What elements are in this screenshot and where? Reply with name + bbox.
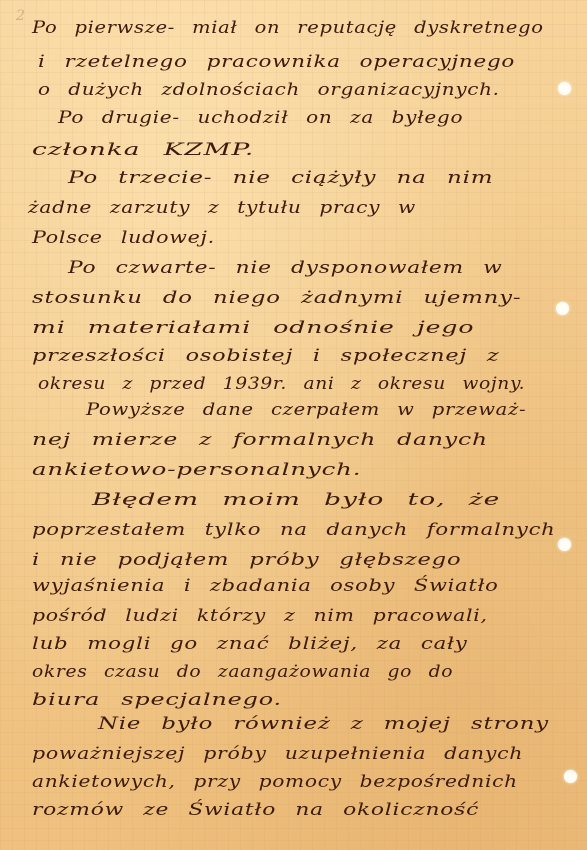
text-line: członka KZMP. (32, 140, 254, 160)
text-line: okresu z przed 1939r. ani z okresu wojny… (38, 374, 525, 394)
text-line: wyjaśnienia i zbadania osoby Światło (32, 576, 499, 596)
text-line: o dużych zdolnościach organizacyjnych. (38, 80, 500, 100)
text-line: i rzetelnego pracownika operacyjnego (38, 52, 515, 72)
punch-hole-icon (556, 302, 569, 315)
text-line: Po drugie- uchodził on za byłego (58, 108, 463, 128)
text-line: Błędem moim było to, że (92, 490, 500, 510)
text-line: lub mogli go znać bliżej, za cały (32, 634, 467, 654)
text-line: Po trzecie- nie ciążyły na nim (68, 168, 493, 188)
text-line: Po czwarte- nie dysponowałem w (68, 258, 503, 278)
text-line: Powyższe dane czerpałem w przeważ- (86, 400, 526, 420)
punch-hole-icon (558, 538, 571, 551)
text-line: rozmów ze Światło na okoliczność (32, 800, 479, 820)
text-line: nej mierze z formalnych danych (32, 430, 488, 450)
text-line: Po pierwsze- miał on reputację dyskretne… (32, 18, 544, 38)
text-line: okres czasu do zaangażowania go do (32, 662, 453, 682)
text-line: poważniejszej próby uzupełnienia danych (32, 744, 523, 764)
text-line: i nie podjąłem próby głębszego (32, 550, 461, 570)
text-line: stosunku do niego żadnymi ujemny- (32, 288, 521, 308)
text-line: ankietowych, przy pomocy bezpośrednich (32, 772, 518, 792)
text-line: Polsce ludowej. (32, 228, 215, 248)
document-page: 2 Po pierwsze- miał on reputację dyskret… (0, 0, 587, 850)
text-line: przeszłości osobistej i społecznej z (32, 346, 499, 366)
text-line: ankietowo-personalnych. (32, 460, 361, 480)
punch-hole-icon (564, 770, 577, 783)
text-line: biura specjalnego. (32, 690, 282, 710)
punch-hole-icon (558, 82, 571, 95)
text-line: mi materiałami odnośnie jego (32, 318, 474, 338)
text-line: żadne zarzuty z tytułu pracy w (28, 198, 416, 218)
text-line: pośród ludzi którzy z nim pracowali, (32, 606, 488, 626)
text-line: poprzestałem tylko na danych formalnych (32, 520, 556, 540)
page-number: 2 (16, 8, 25, 24)
text-line: Nie było również z mojej strony (98, 714, 549, 734)
